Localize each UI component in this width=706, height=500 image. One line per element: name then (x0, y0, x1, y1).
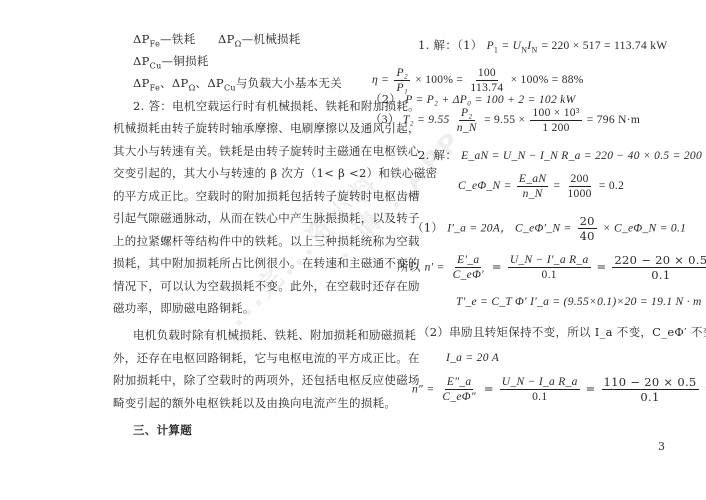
expression-text: C_eΦ_N = (458, 180, 512, 192)
solution-2-torque: T′_e = C_T Φ′ I′_a = (9.55×0.1)×20 = 19.… (456, 295, 702, 309)
expression-text: × 100% = 88% (511, 74, 584, 86)
solution-2-part2: （2）串励且转矩保持不变，所以 I_a 不变，C_eΦ′ 不变 (418, 325, 706, 339)
subscript: Cu (224, 83, 236, 92)
numerator: E″_a (445, 375, 474, 390)
denominator: 40 (578, 229, 597, 243)
loss-label: —铜损耗 (162, 54, 209, 68)
answer-2-line: 附加损耗中，除了空载时的两项外，还包括电枢反应使磁场 (113, 373, 420, 387)
numerator: 200 (569, 172, 591, 187)
numerator: 100 (476, 66, 498, 81)
answer-2-line: 其大小与转速有关。铁耗是由转子旋转时主磁通在电枢铁心 (113, 144, 420, 158)
expression-text: = 0.2 (599, 180, 624, 192)
numerator: 110 − 20 × 0.5 (602, 375, 699, 390)
answer-2-line: 交变引起的，其大小与转速的 β 次方（1< β <2）和铁心磁密 (113, 166, 437, 180)
solution-2-current: I_a = 20 A (446, 351, 499, 365)
fraction: 100113.74 (468, 66, 505, 95)
fraction: E′_aC_eΦ′ (451, 253, 486, 282)
eta-symbol: η = (372, 74, 389, 86)
expression-text: I′_a = 20A， C_eΦ′_N = (447, 223, 571, 235)
subscript: Fe (150, 39, 160, 48)
separator: 、 (160, 76, 172, 90)
part-label: （3） (370, 114, 400, 126)
answer-2-line: 电机负载时除有机械损耗、铁耗、附加损耗和励磁损耗 (133, 328, 416, 342)
denominator: 0.1 (638, 390, 661, 404)
solution-label: 1. 解：（1） (418, 38, 483, 52)
denominator: 1000 (566, 187, 594, 201)
section-heading: 三、计算题 (133, 423, 192, 437)
prefix-text: 所以 (397, 260, 421, 274)
fraction: E_aNn_N (517, 172, 548, 201)
numerator: 20 (578, 214, 597, 229)
denominator: n_N (455, 121, 479, 135)
denominator: 1 200 (540, 121, 571, 135)
expression-text: n″ = (412, 384, 434, 396)
summary-text: 与负载大小基本无关 (236, 76, 342, 90)
numerator: P₂ (459, 106, 475, 121)
solution-2-speed1: 所以 n′ = E′_aC_eΦ′ = U_N − I′_a R_a0.1 = … (397, 253, 706, 282)
fraction: 2040 (578, 214, 597, 243)
loss-summary: ΔPFe、ΔPΩ、ΔPCu与负载大小基本无关 (133, 76, 342, 90)
numerator: 100 × 10³ (530, 106, 581, 121)
loss-label: —机械损耗 (242, 32, 301, 46)
expression-text: n′ = (425, 262, 445, 274)
delta-p-symbol: ΔP (133, 76, 150, 90)
delta-p-symbol: ΔP (172, 76, 189, 90)
fraction: 2001000 (566, 172, 594, 201)
answer-2-line: 外，还存在电枢回路铜耗，它与电枢电流的平方成正比。在 (113, 351, 420, 365)
solution-2-ean: 2. 解： E_aN = U_N − I_N R_a = 220 − 40 × … (418, 148, 706, 163)
numerator: 220 − 20 × 0.5 (612, 253, 706, 268)
denominator: C_eΦ″ (440, 390, 478, 404)
fraction: 220 − 20 × 0.50.1 (612, 253, 706, 282)
p1-symbol: P1 = UNIN (487, 40, 538, 52)
expression-text: = 9.55 × (484, 114, 525, 126)
separator: 、 (196, 76, 208, 90)
answer-2-line: 的平方成正比。空载时的附加损耗包括转子旋转时电枢齿槽 (113, 189, 420, 203)
denominator: C_eΦ′ (451, 268, 486, 282)
part-label: （1） (412, 221, 443, 235)
delta-p-symbol: ΔP (133, 32, 150, 46)
denominator: 0.1 (530, 390, 549, 404)
answer-2-line: 磁功率，即励磁电路铜耗。 (113, 301, 255, 315)
denominator: n_N (521, 187, 545, 201)
answer-2-line: 上的拉紧螺杆等结构件中的铁耗。以上三种损耗统称为空载 (113, 234, 420, 248)
expression-text: = 796 N·m (587, 114, 640, 126)
numerator: E_aN (517, 172, 548, 187)
denominator: 0.1 (540, 268, 559, 282)
subscript: Ω (235, 39, 242, 48)
solution-label: 2. 解： (418, 148, 457, 162)
solution-2-speed2: n″ = E″_aC_eΦ″ = U_N − I_a R_a0.1 = 110 … (412, 375, 706, 404)
fraction: U_N − I′_a R_a0.1 (508, 253, 591, 282)
part-label: （2） (370, 92, 401, 106)
document-page: ...完...资小料 ...请...APP ΔPFe—铁耗 ΔPΩ—机械损耗 Δ… (0, 0, 706, 500)
expression-text: T₂ = 9.55 (403, 114, 450, 126)
solution-1-part2: （2） P = P₂ + ΔP₀ = 100 + 2 = 102 kW (370, 92, 575, 107)
subscript: Ω (189, 83, 196, 92)
ean-expression: E_aN = U_N − I_N R_a = 220 − 40 × 0.5 = … (461, 150, 706, 162)
loss-label: —铁耗 (160, 32, 195, 46)
subscript: Cu (150, 61, 162, 70)
answer-2-line: 引起气隙磁通脉动，从而在铁心中产生脉振损耗，以及转子 (113, 211, 420, 225)
solution-1-p1: 1. 解：（1） P1 = UNIN = 220 × 517 = 113.74 … (418, 38, 667, 53)
fraction: P₂n_N (455, 106, 479, 135)
fraction: U_N − I_a R_a0.1 (500, 375, 580, 404)
delta-p-symbol: ΔP (218, 32, 235, 46)
loss-def-mech: ΔPΩ—机械损耗 (218, 32, 301, 46)
numerator: U_N − I′_a R_a (508, 253, 591, 268)
numerator: U_N − I_a R_a (500, 375, 580, 390)
p1-expression: = 220 × 517 = 113.74 kW (541, 40, 667, 52)
answer-2-line: 畸变引起的额外电枢铁耗以及由换向电流产生的损耗。 (113, 396, 396, 410)
fraction: 100 × 10³1 200 (530, 106, 581, 135)
solution-1-part3: （3） T₂ = 9.55 P₂n_N = 9.55 × 100 × 10³1 … (370, 106, 640, 135)
page-number: 3 (658, 440, 665, 453)
numerator: P₂ (394, 66, 410, 81)
answer-2-line: 情况下，可以认为空载损耗不变。此外，在空载时还存在励 (113, 279, 420, 293)
fraction: E″_aC_eΦ″ (440, 375, 478, 404)
answer-2-line: 损耗，其中附加损耗所占比例很小。在转速和主磁通不变的 (113, 256, 420, 270)
solution-2-cephi: C_eΦ_N = E_aNn_N = 2001000 = 0.2 (458, 172, 624, 201)
solution-2-part1: （1） I′_a = 20A， C_eΦ′_N = 2040 × C_eΦ_N … (412, 214, 686, 243)
delta-p-symbol: ΔP (133, 54, 150, 68)
delta-p-symbol: ΔP (207, 76, 224, 90)
loss-def-fe: ΔPFe—铁耗 (133, 32, 196, 46)
fraction: P₂P₁ (394, 66, 410, 95)
efficiency-equation: η = P₂P₁ × 100% = 100113.74 × 100% = 88% (372, 66, 584, 95)
denominator: 0.1 (649, 268, 672, 282)
loss-def-cu: ΔPCu—铜损耗 (133, 54, 209, 68)
expression-text: × 100% = (415, 74, 463, 86)
fraction: 110 − 20 × 0.50.1 (602, 375, 699, 404)
subscript: Fe (150, 83, 160, 92)
numerator: E′_a (455, 253, 481, 268)
power-expression: P = P₂ + ΔP₀ = 100 + 2 = 102 kW (405, 94, 575, 106)
expression-text: × C_eΦ_N = 0.1 (603, 223, 686, 235)
